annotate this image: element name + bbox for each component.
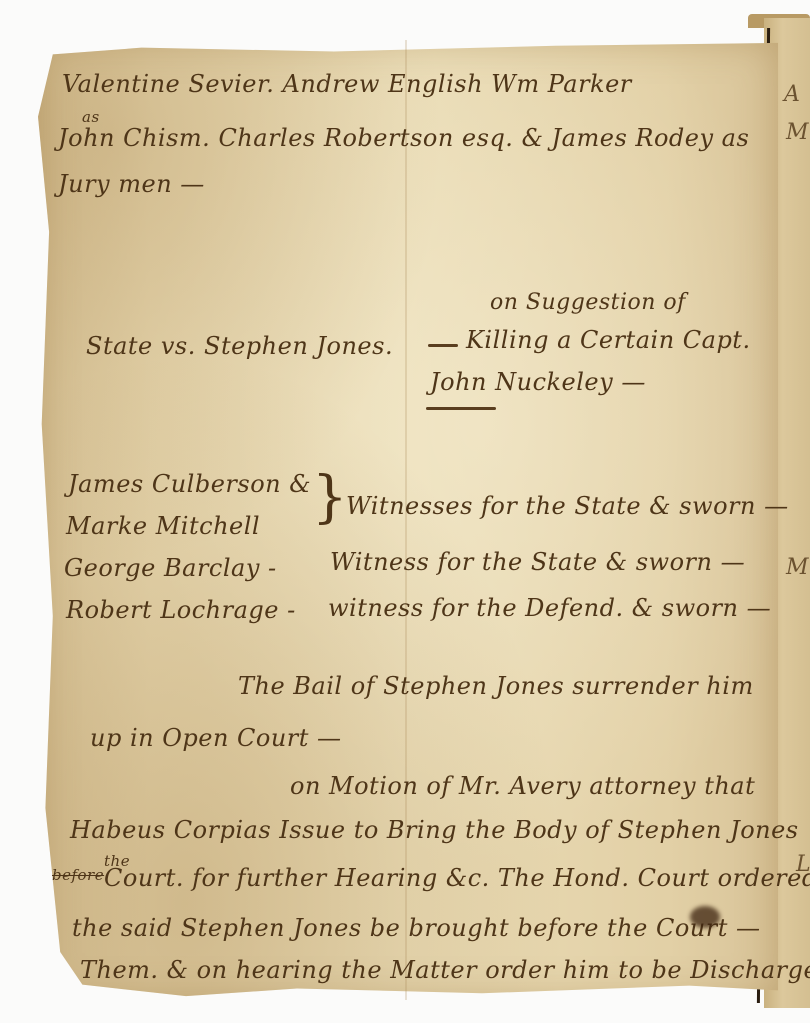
- witness-role: witness for the Defend. & sworn —: [328, 594, 771, 622]
- jury-line-2: John Chism. Charles Robertson esq. & Jam…: [58, 124, 749, 152]
- motion-line-2: Habeus Corpias Issue to Bring the Body o…: [70, 816, 799, 844]
- paper-fold: [405, 40, 407, 1000]
- struck-word: before: [52, 866, 104, 884]
- motion-line-4: the said Stephen Jones be brought before…: [72, 914, 760, 942]
- adjacent-page-fragment: M: [786, 120, 809, 145]
- motion-line-1: on Motion of Mr. Avery attorney that: [290, 772, 755, 800]
- witness-name: George Barclay -: [64, 554, 277, 582]
- case-caption: State vs. Stephen Jones.: [86, 332, 393, 360]
- witness-name: Robert Lochrage -: [66, 596, 296, 624]
- adjacent-page-fragment: A: [784, 82, 800, 107]
- motion-line-3: Court. for further Hearing &c. The Hond.…: [104, 864, 810, 892]
- ink-blot: [690, 906, 720, 928]
- witness-role: Witnesses for the State & sworn —: [346, 492, 789, 520]
- case-charge: Killing a Certain Capt.: [466, 326, 751, 354]
- case-victim: John Nuckeley —: [430, 368, 646, 396]
- motion-line-5: Them. & on hearing the Matter order him …: [80, 956, 810, 984]
- jury-line-1: Valentine Sevier. Andrew English Wm Park…: [62, 70, 632, 98]
- bail-line-1: The Bail of Stephen Jones surrender him: [238, 672, 754, 700]
- case-superscript: on Suggestion of: [490, 290, 686, 315]
- witness-name: James Culberson &: [68, 470, 311, 498]
- brace: }: [312, 470, 348, 526]
- witness-role: Witness for the State & sworn —: [330, 548, 745, 576]
- adjacent-page-fragment: M: [786, 555, 809, 580]
- manuscript-scan: A M M L Valentine Sevier. Andrew English…: [0, 0, 810, 1023]
- ink-dash: [428, 344, 458, 347]
- ink-underline: [426, 407, 496, 410]
- bail-line-2: up in Open Court —: [90, 724, 342, 752]
- jury-line-3: Jury men —: [58, 170, 205, 198]
- witness-name: Marke Mitchell: [66, 512, 260, 540]
